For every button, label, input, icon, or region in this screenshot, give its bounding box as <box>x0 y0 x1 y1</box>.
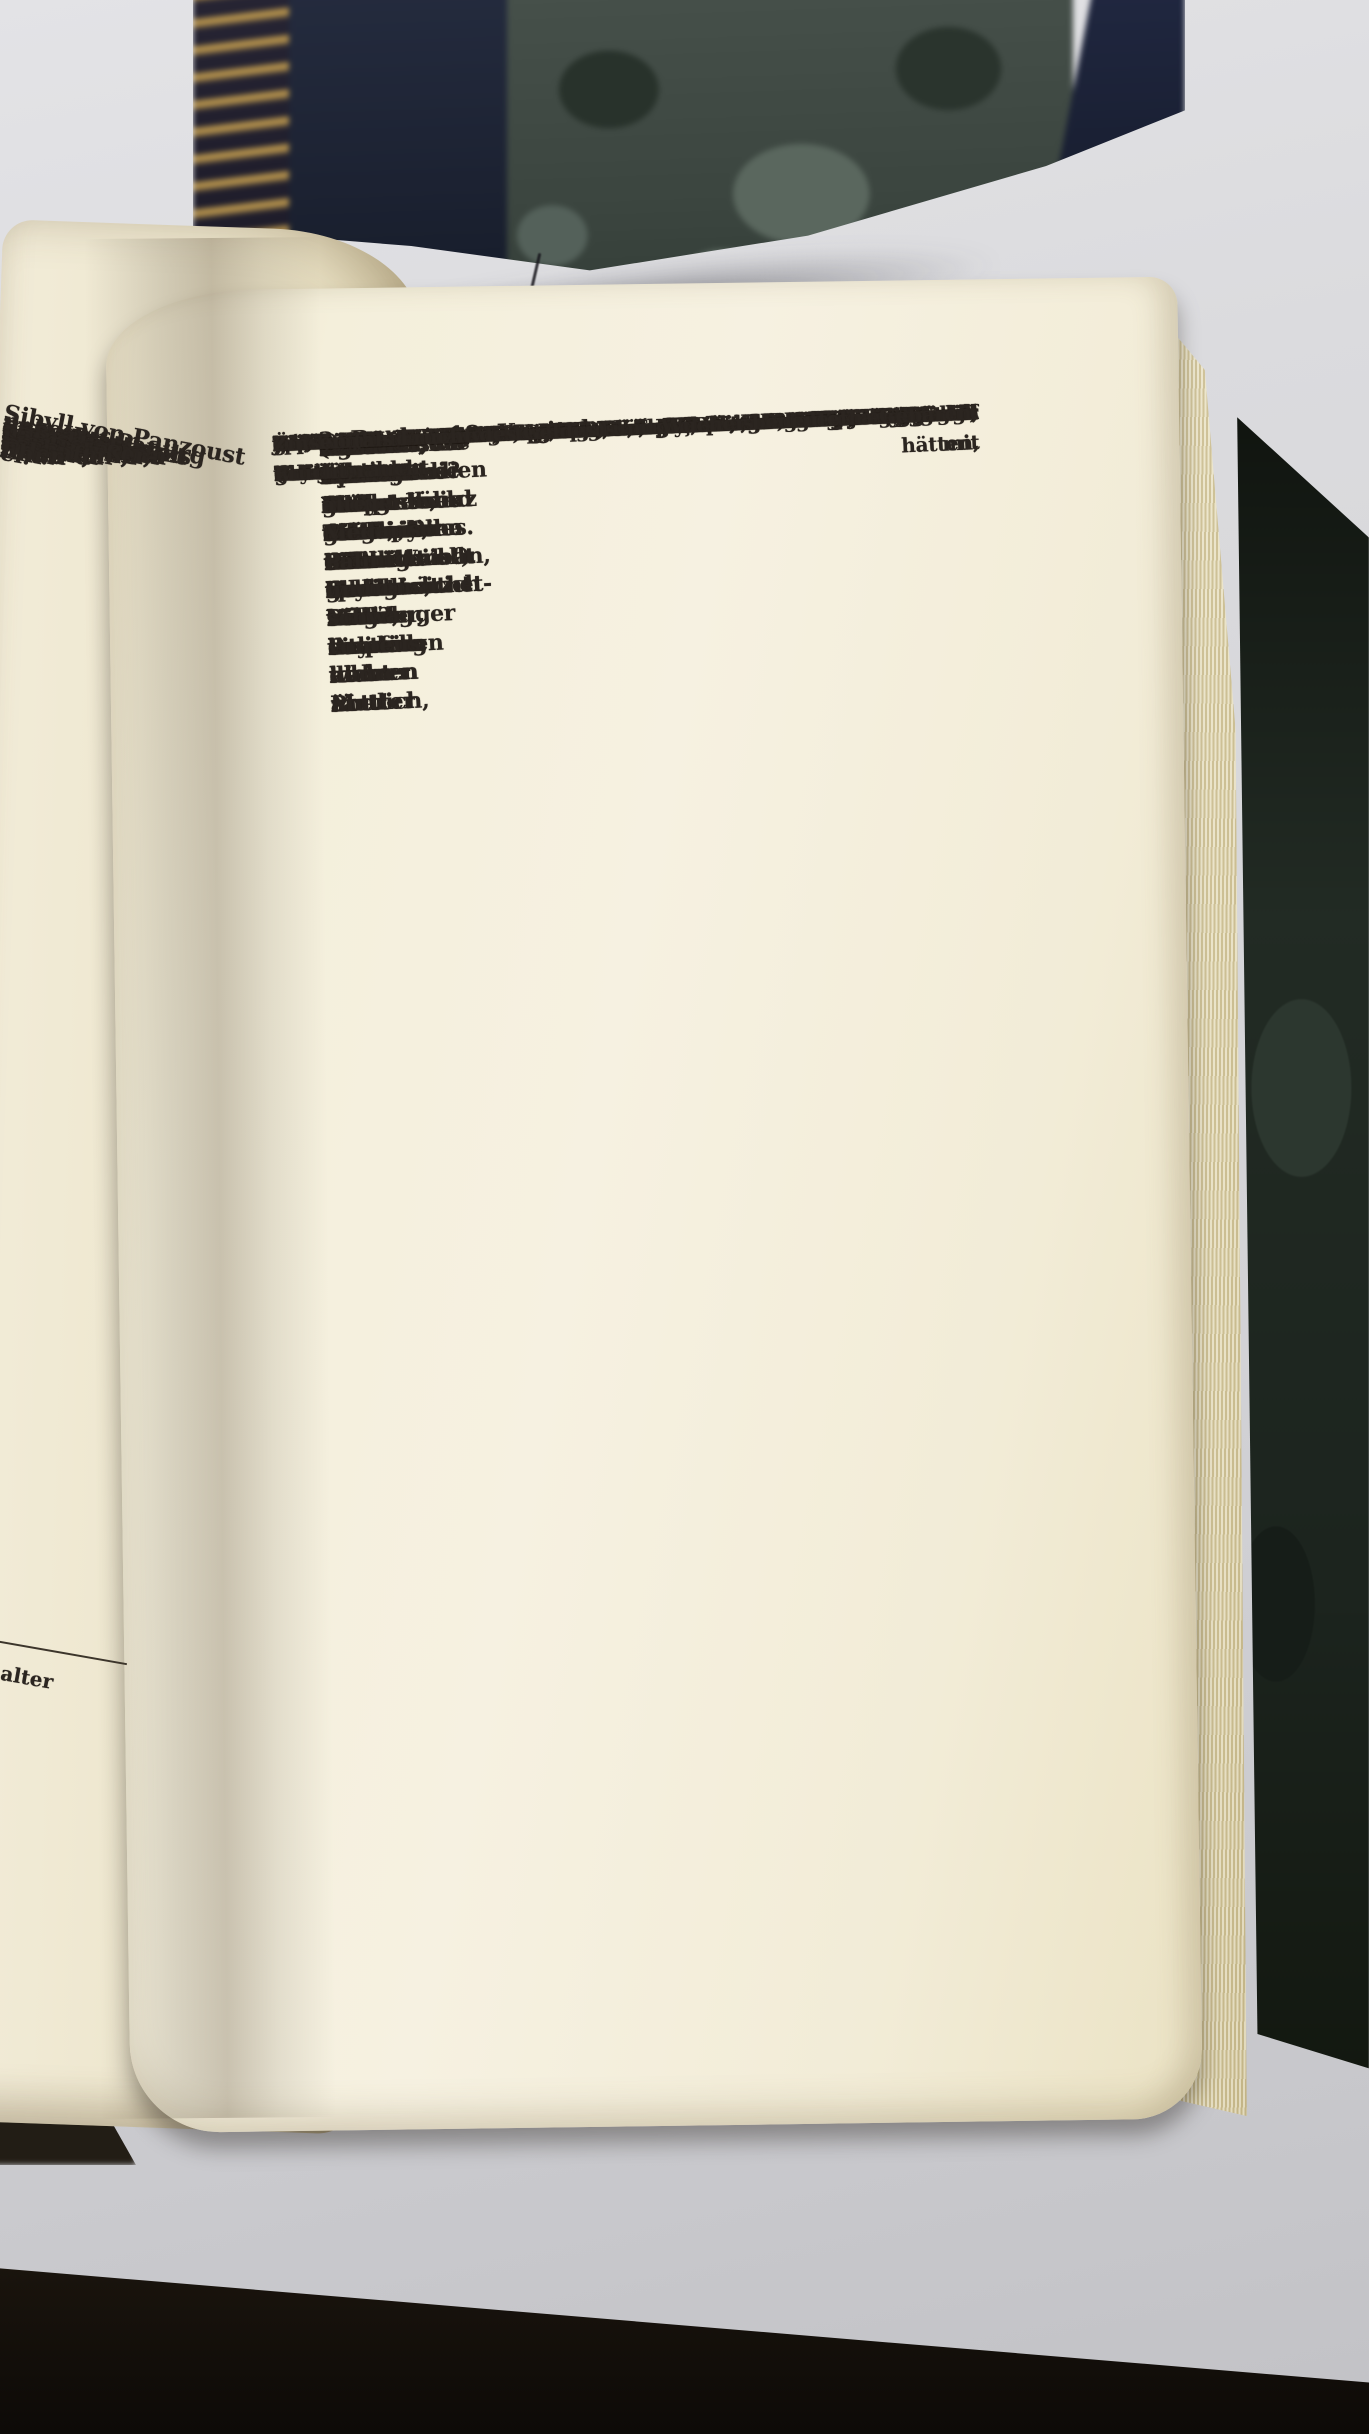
gutter-shadow <box>84 237 336 2119</box>
book-photograph: el.Sibyll von Panzoustten.n, zogen Panur… <box>0 0 1369 2434</box>
